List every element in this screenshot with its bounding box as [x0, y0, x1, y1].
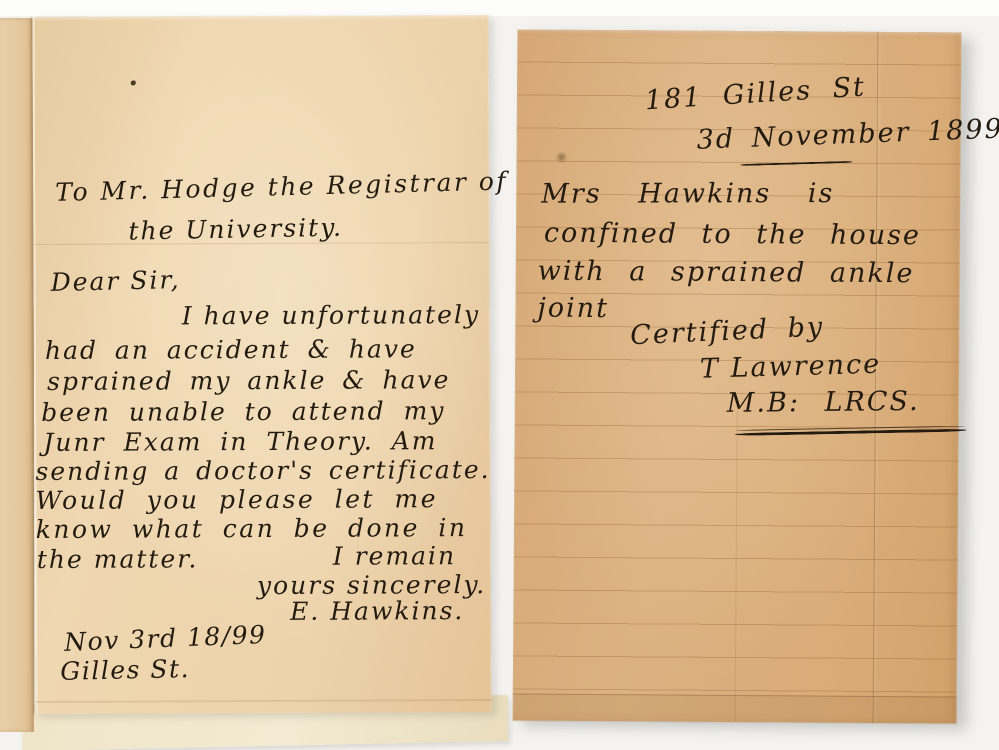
address-line: Gilles St.	[60, 656, 190, 684]
body-line: with a sprained ankle	[538, 258, 915, 288]
date-line: Nov 3rd 18/99	[64, 622, 267, 655]
date-underline	[740, 161, 852, 166]
body-line: Mrs Hawkins is	[541, 180, 834, 208]
left-letter-page: To Mr. Hodge the Registrar of the Univer…	[32, 15, 491, 714]
body-line: been unable to attend my	[41, 398, 445, 425]
certification-line: Certified by	[630, 313, 825, 349]
body-line: sprained my ankle & have	[47, 367, 450, 394]
body-line: know what can be done in	[36, 515, 468, 542]
closing-line: I remain	[333, 543, 456, 569]
scanner-background-strip	[0, 0, 999, 16]
date-line: 3d November 1899.	[696, 115, 999, 154]
left-letter-folded-edge	[0, 18, 34, 732]
address-line: 181 Gilles St	[644, 73, 867, 114]
body-line: confined to the house	[544, 220, 921, 250]
ink-speck	[131, 81, 136, 86]
closing-line: yours sincerely.	[257, 572, 486, 598]
signature-flourish	[735, 429, 967, 436]
credentials: M.B: LRCS.	[727, 388, 920, 417]
body-line: had an accident & have	[45, 336, 417, 363]
body-line: Would you please let me	[36, 486, 438, 513]
body-line: I have unfortunately	[182, 302, 480, 328]
body-line: sending a doctor's certificate.	[35, 457, 490, 484]
scanned-letters-background: To Mr. Hodge the Registrar of the Univer…	[0, 0, 999, 750]
salutation: Dear Sir,	[50, 267, 180, 295]
addressee-line: To Mr. Hodge the Registrar of	[55, 168, 508, 204]
fold-crease	[735, 411, 738, 722]
signature: T Lawrence	[700, 351, 882, 383]
paper-stain	[554, 152, 568, 163]
body-line: Junr Exam in Theory. Am	[43, 428, 437, 455]
bottom-fold-strip	[513, 693, 957, 724]
right-letter-page: 181 Gilles St 3d November 1899. Mrs Hawk…	[513, 29, 962, 723]
body-line: the matter.	[37, 546, 199, 572]
body-line: joint	[537, 295, 609, 322]
addressee-line: the University.	[128, 215, 343, 244]
fold-crease	[35, 699, 491, 703]
signature: E. Hawkins.	[290, 598, 464, 624]
